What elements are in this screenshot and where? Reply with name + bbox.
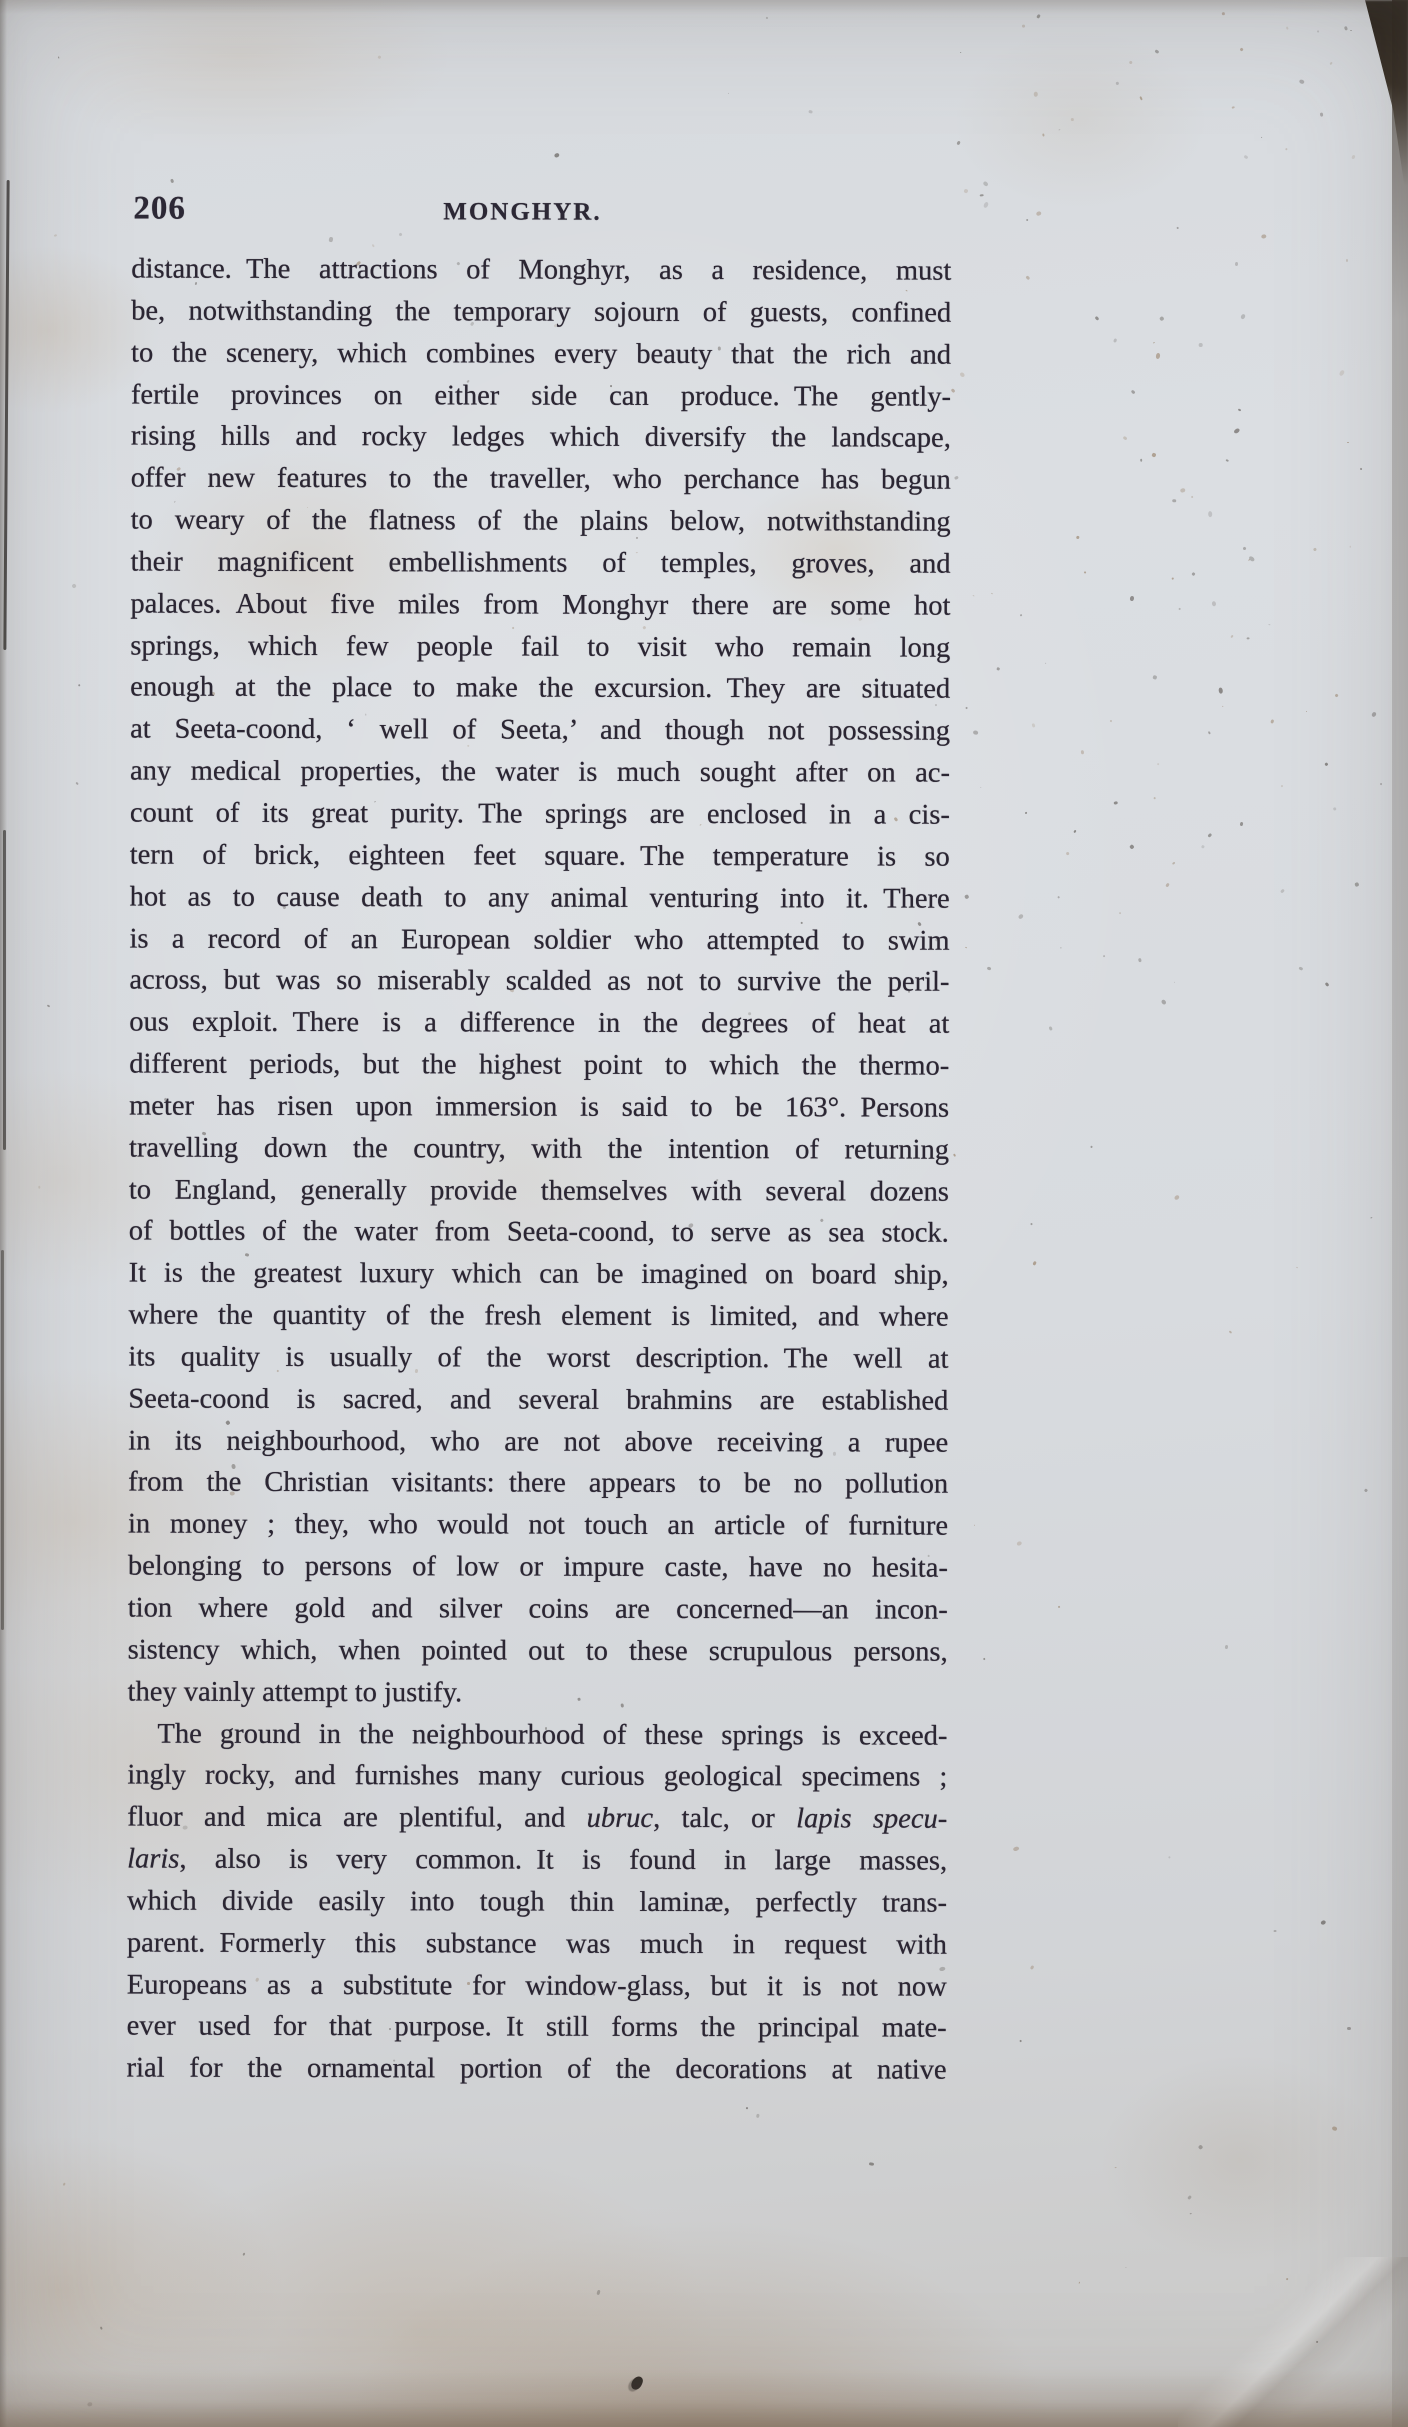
text-run: parent. Formerly this substance was much…: [127, 1927, 947, 1960]
text-run: ingly rocky, and furnishes many curious …: [127, 1760, 947, 1793]
italic-text-run: lapis specu-: [796, 1803, 947, 1834]
text-line: to weary of the flatness of the plains b…: [131, 500, 951, 544]
text-run: is a record of an European soldier who a…: [130, 923, 950, 956]
page-text: distance. The attractions of Monghyr, as…: [127, 249, 952, 2092]
text-run: tion where gold and silver coins are con…: [128, 1592, 948, 1625]
page-header: 206 MONGHYR.: [131, 191, 953, 239]
text-line: meter has risen upon immersion is said t…: [129, 1085, 949, 1129]
text-line: at Seeta-coond, ‘ well of Seeta,’ and th…: [130, 709, 950, 753]
italic-text-run: laris: [127, 1844, 179, 1875]
text-run: their magnificent embellishments of temp…: [130, 546, 950, 579]
text-line: to England, generally provide themselves…: [129, 1169, 949, 1213]
text-run: fertile provinces on either side can pro…: [131, 379, 951, 412]
text-line: of bottles of the water from Seeta-coond…: [129, 1211, 949, 1255]
text-line: from the Christian visitants: there appe…: [128, 1462, 948, 1506]
text-line: ever used for that purpose. It still for…: [127, 2006, 947, 2050]
text-line: enough at the place to make the excursio…: [130, 667, 950, 711]
text-line: fluor and mica are plentiful, and ubruc,…: [127, 1797, 947, 1841]
text-run: to the scenery, which combines every bea…: [131, 337, 951, 370]
text-line: to the scenery, which combines every bea…: [131, 332, 951, 376]
text-run: ous exploit. There is a difference in th…: [129, 1007, 949, 1040]
text-line: springs, which few people fail to visit …: [130, 625, 950, 669]
italic-text-run: ubruc: [587, 1803, 654, 1834]
text-run: meter has risen upon immersion is said t…: [129, 1090, 949, 1123]
text-line: in money ; they, who would not touch an …: [128, 1504, 948, 1548]
text-run: any medical properties, the water is muc…: [130, 756, 950, 789]
text-run: The ground in the neighbourhood of these…: [157, 1718, 947, 1751]
text-line: any medical properties, the water is muc…: [130, 751, 950, 795]
text-run: springs, which few people fail to visit …: [130, 630, 950, 663]
text-line: belonging to persons of low or impure ca…: [128, 1546, 948, 1590]
text-run: different periods, but the highest point…: [129, 1049, 949, 1082]
text-line: parent. Formerly this substance was much…: [127, 1922, 947, 1966]
text-run: , talc, or: [653, 1803, 796, 1834]
text-run: travelling down the country, with the in…: [129, 1132, 949, 1165]
text-line: rial for the ornamental portion of the d…: [127, 2048, 947, 2092]
text-run: from the Christian visitants: there appe…: [128, 1467, 948, 1500]
text-line: where the quantity of the fresh element …: [128, 1295, 948, 1339]
text-run: Seeta-coond is sacred, and several brahm…: [128, 1383, 948, 1416]
text-line: Seeta-coond is sacred, and several brahm…: [128, 1378, 948, 1422]
text-run: at Seeta-coond, ‘ well of Seeta,’ and th…: [130, 714, 950, 747]
text-line: is a record of an European soldier who a…: [129, 918, 949, 962]
text-line: their magnificent embellishments of temp…: [130, 541, 950, 585]
text-line: ous exploit. There is a difference in th…: [129, 1002, 949, 1046]
text-line: It is the greatest luxury which can be i…: [129, 1253, 949, 1297]
text-line: they vainly attempt to justify.: [128, 1671, 948, 1715]
text-line: palaces. About five miles from Monghyr t…: [130, 583, 950, 627]
text-run: ever used for that purpose. It still for…: [127, 2011, 947, 2044]
running-title: MONGHYR.: [111, 197, 933, 227]
text-line: in its neighbourhood, who are not above …: [128, 1420, 948, 1464]
text-run: Europeans as a substitute for window-gla…: [127, 1969, 947, 2002]
text-line: hot as to cause death to any animal vent…: [130, 876, 950, 920]
text-line: count of its great purity. The springs a…: [130, 792, 950, 836]
text-line: tion where gold and silver coins are con…: [128, 1587, 948, 1631]
text-line: distance. The attractions of Monghyr, as…: [131, 249, 951, 293]
text-run: palaces. About five miles from Monghyr t…: [130, 588, 950, 621]
text-run: across, but was so miserably scalded as …: [129, 965, 949, 998]
text-run: belonging to persons of low or impure ca…: [128, 1551, 948, 1584]
text-run: tern of brick, eighteen feet square. The…: [130, 839, 950, 872]
text-run: sistency which, when pointed out to thes…: [128, 1634, 948, 1667]
text-line: different periods, but the highest point…: [129, 1044, 949, 1088]
text-line: across, but was so miserably scalded as …: [129, 960, 949, 1004]
text-run: rial for the ornamental portion of the d…: [127, 2053, 947, 2086]
book-page: 206 MONGHYR. distance. The attractions o…: [0, 0, 1408, 2427]
text-run: its quality is usually of the worst desc…: [128, 1341, 948, 1374]
text-run: in its neighbourhood, who are not above …: [128, 1425, 948, 1458]
text-run: fluor and mica are plentiful, and: [127, 1802, 586, 1834]
text-run: they vainly attempt to justify.: [128, 1676, 463, 1708]
text-line: ingly rocky, and furnishes many curious …: [127, 1755, 947, 1799]
text-run: in money ; they, who would not touch an …: [128, 1509, 948, 1542]
text-run: which divide easily into tough thin lami…: [127, 1885, 947, 1918]
text-run: be, notwithstanding the temporary sojour…: [131, 295, 951, 328]
text-line: its quality is usually of the worst desc…: [128, 1336, 948, 1380]
text-line: fertile provinces on either side can pro…: [131, 374, 951, 418]
text-run: rising hills and rocky ledges which dive…: [131, 421, 951, 454]
text-run: , also is very common. It is found in la…: [179, 1844, 947, 1877]
text-line: laris, also is very common. It is found …: [127, 1839, 947, 1883]
text-run: where the quantity of the fresh element …: [129, 1300, 949, 1333]
text-run: hot as to cause death to any animal vent…: [130, 881, 950, 914]
page-content: 206 MONGHYR. distance. The attractions o…: [0, 0, 1408, 2427]
text-run: to weary of the flatness of the plains b…: [131, 505, 951, 538]
text-run: distance. The attractions of Monghyr, as…: [131, 254, 951, 287]
text-line: be, notwithstanding the temporary sojour…: [131, 290, 951, 334]
text-run: of bottles of the water from Seeta-coond…: [129, 1216, 949, 1249]
text-line: tern of brick, eighteen feet square. The…: [130, 834, 950, 878]
text-run: count of its great purity. The springs a…: [130, 797, 950, 830]
text-line: Europeans as a substitute for window-gla…: [127, 1964, 947, 2008]
text-run: to England, generally provide themselves…: [129, 1174, 949, 1207]
text-run: It is the greatest luxury which can be i…: [129, 1258, 949, 1291]
text-line: which divide easily into tough thin lami…: [127, 1880, 947, 1924]
text-run: enough at the place to make the excursio…: [130, 672, 950, 705]
text-line: rising hills and rocky ledges which dive…: [131, 416, 951, 460]
text-line: sistency which, when pointed out to thes…: [128, 1629, 948, 1673]
text-run: offer new features to the traveller, who…: [131, 463, 951, 496]
text-line: travelling down the country, with the in…: [129, 1127, 949, 1171]
text-line: The ground in the neighbourhood of these…: [127, 1713, 947, 1757]
text-line: offer new features to the traveller, who…: [131, 458, 951, 502]
